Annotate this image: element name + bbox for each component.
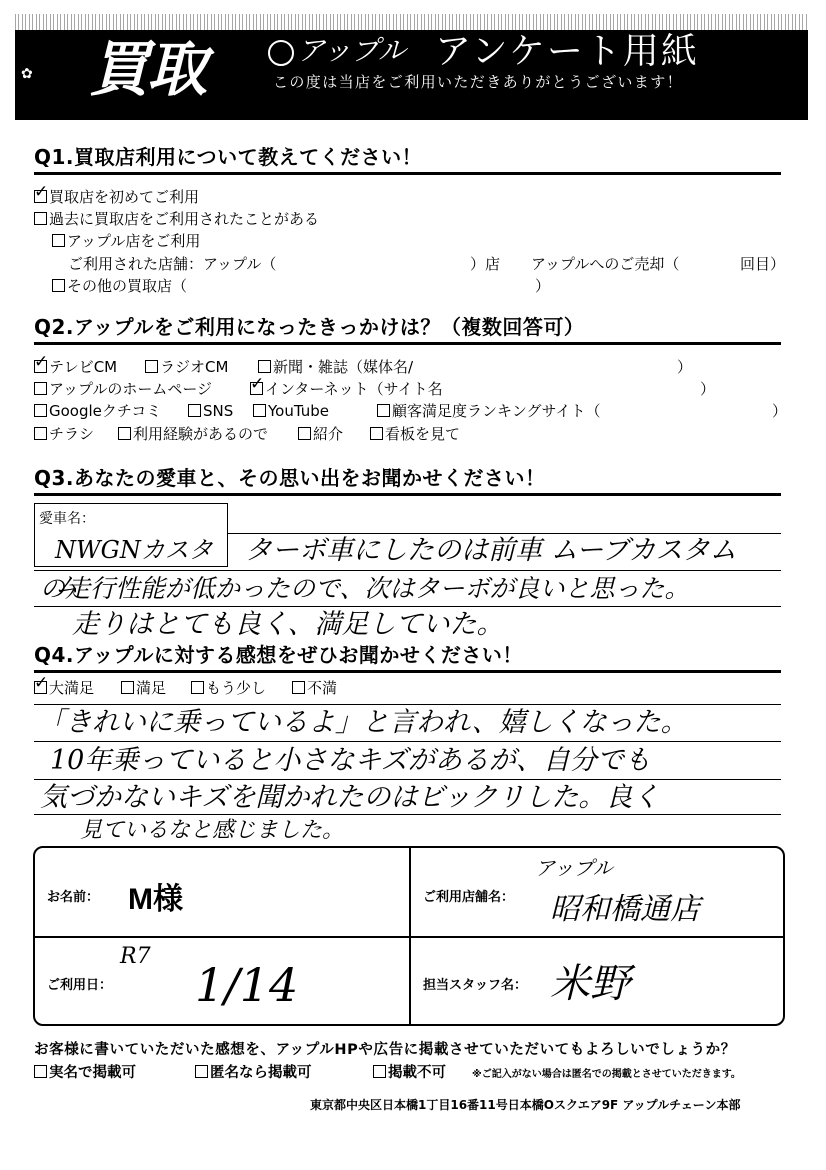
store-label: ご利用店舗名： <box>423 886 514 905</box>
customer-info-box: お名前： M様 ご利用店舗名： アップル 昭和橋通店 ご利用日： R7 1/14… <box>33 846 785 1026</box>
option-label: 匿名なら掲載可 <box>210 1065 312 1081</box>
q2-option-experience[interactable]: 利用経験があるので <box>118 424 268 444</box>
q1-option-apple-store[interactable]: アップル店をご利用 <box>52 231 200 251</box>
writing-line <box>34 779 781 780</box>
option-label: アップル店をご利用 <box>67 232 200 250</box>
option-label: 買取店を初めてご利用 <box>49 188 199 206</box>
q2-heading: Q2.アップルをご利用になったきっかけは？（複数回答可） <box>34 312 781 345</box>
consent-option-real-name[interactable]: 実名で掲載可 <box>34 1061 136 1082</box>
option-label: SNS <box>203 402 233 420</box>
option-label: チラシ <box>49 425 94 443</box>
option-label: Googleクチコミ <box>49 402 161 420</box>
q4-answer-line-1: 「きれいに乗っているよ」と言われ、嬉しくなった。 <box>38 706 688 740</box>
q1-option-other-store[interactable]: その他の買取店（ <box>52 276 187 296</box>
q3-answer-line-1: ターボ車にしたのは前車 ムーブカスタム <box>245 534 737 568</box>
option-label: 大満足 <box>49 679 94 697</box>
q1-sale-suffix: 回目） <box>740 254 785 274</box>
q1-heading: Q1.買取店利用について教えてください！ <box>34 142 781 175</box>
checkbox-icon[interactable] <box>188 404 201 417</box>
q2-option-newspaper[interactable]: 新聞・雑誌（媒体名/ <box>258 357 413 377</box>
apple-logo-icon <box>268 40 294 66</box>
checkbox-icon[interactable] <box>34 427 47 440</box>
q2-option-youtube[interactable]: YouTube <box>253 401 329 421</box>
option-label: 実名で掲載可 <box>49 1065 136 1081</box>
q4-option-somewhat[interactable]: もう少し <box>191 678 266 698</box>
q4-heading: Q4.アップルに対する感想をぜひお聞かせください！ <box>34 640 781 673</box>
q2-option-referral[interactable]: 紹介 <box>298 424 343 444</box>
date-label: ご利用日： <box>47 974 112 993</box>
writing-line <box>34 741 781 742</box>
checkbox-icon[interactable] <box>370 427 383 440</box>
q2-option-ranking[interactable]: 顧客満足度ランキングサイト（ <box>377 401 601 421</box>
divider <box>35 936 783 938</box>
checkbox-icon[interactable] <box>52 234 65 247</box>
q3-heading: Q3.あなたの愛車と、その思い出をお聞かせください！ <box>34 463 781 496</box>
checkbox-icon[interactable] <box>52 279 65 292</box>
checkbox-icon[interactable] <box>195 1065 208 1078</box>
staff-value[interactable]: 米野 <box>550 952 630 1009</box>
q4-option-very-satisfied[interactable]: 大満足 <box>34 678 94 698</box>
q4-answer-line-3: 気づかないキズを聞かれたのはビックリした。良く <box>40 781 659 815</box>
consent-option-anonymous[interactable]: 匿名なら掲載可 <box>195 1061 312 1082</box>
q3-answer-line-3: 走りはとても良く、満足していた。 <box>72 608 503 642</box>
q1-sale-label: アップルへのご売却（ <box>531 254 679 274</box>
form-subtitle: この度は当店をご利用いただきありがとうございます！ <box>273 72 683 92</box>
option-label: 利用経験があるので <box>133 425 268 443</box>
writing-line <box>34 704 781 705</box>
car-name-box[interactable]: 愛車名： NWGNカスタム <box>34 503 228 567</box>
option-label: アップルのホームページ <box>49 380 212 398</box>
checkbox-checked-icon[interactable] <box>34 190 47 203</box>
form-title: アンケート用紙 <box>435 32 699 72</box>
date-era[interactable]: R7 <box>120 944 151 969</box>
writing-line <box>34 606 781 607</box>
q4-answer-line-4: 見ているなと感じました。 <box>80 814 344 848</box>
q2-option-homepage[interactable]: アップルのホームページ <box>34 379 212 399</box>
q2-row3-close: ） <box>772 401 787 421</box>
staff-label: 担当スタッフ名： <box>423 974 527 993</box>
option-label: 過去に買取店をご利用されたことがある <box>49 210 319 228</box>
q3-answer-line-2: の走行性能が低かったので、次はターボが良いと思った。 <box>40 572 690 606</box>
checkbox-icon[interactable] <box>258 360 271 373</box>
option-label: その他の買取店（ <box>67 277 187 295</box>
checkbox-checked-icon[interactable] <box>250 382 263 395</box>
store-value-line1[interactable]: アップル <box>535 852 613 881</box>
q2-option-signboard[interactable]: 看板を見て <box>370 424 460 444</box>
q4-option-dissatisfied[interactable]: 不満 <box>292 678 337 698</box>
q1-option-used-before[interactable]: 過去に買取店をご利用されたことがある <box>34 209 319 229</box>
option-label: もう少し <box>206 679 266 697</box>
q2-option-google[interactable]: Googleクチコミ <box>34 401 161 421</box>
consent-question: お客様に書いていただいた感想を、アップルHPや広告に掲載させていただいてもよろし… <box>34 1038 736 1059</box>
writing-line <box>34 570 781 571</box>
consent-option-decline[interactable]: 掲載不可 <box>373 1061 446 1082</box>
option-label: テレビCM <box>49 358 117 376</box>
q2-row2-close: ） <box>700 379 715 399</box>
checkbox-icon[interactable] <box>34 212 47 225</box>
checkbox-icon[interactable] <box>191 681 204 694</box>
checkbox-icon[interactable] <box>377 404 390 417</box>
q1-store-suffix: ）店 <box>470 254 500 274</box>
name-value[interactable]: M様 <box>128 874 183 918</box>
checkbox-checked-icon[interactable] <box>34 681 47 694</box>
checkbox-icon[interactable] <box>298 427 311 440</box>
q1-store-line: ご利用された店舗：アップル（ <box>68 254 276 274</box>
header-banner: ✿ 買取 アップル アンケート用紙 この度は当店をご利用いただきありがとうござい… <box>15 30 808 120</box>
option-label: インターネット（サイト名 <box>265 380 443 398</box>
q1-other-close: ） <box>535 276 550 296</box>
checkbox-icon[interactable] <box>373 1065 386 1078</box>
checkbox-icon[interactable] <box>34 1065 47 1078</box>
q1-option-first-time[interactable]: 買取店を初めてご利用 <box>34 187 199 207</box>
checkbox-icon[interactable] <box>121 681 134 694</box>
corner-mark-icon: ✿ <box>21 66 33 82</box>
q4-answer-line-2: 10年乗っていると小さなキズがあるが、自分でも <box>50 744 651 778</box>
checkbox-checked-icon[interactable] <box>34 360 47 373</box>
option-label: 掲載不可 <box>388 1065 446 1081</box>
option-label: 紹介 <box>313 425 343 443</box>
name-label: お名前： <box>47 886 99 905</box>
company-address: 東京都中央区日本橋1丁目16番11号日本橋Oスクエア9F アップルチェーン本部 <box>310 1096 741 1113</box>
option-label: YouTube <box>268 402 329 420</box>
option-label: 不満 <box>307 679 337 697</box>
q2-option-internet[interactable]: インターネット（サイト名 <box>250 379 443 399</box>
option-label: 看板を見て <box>385 425 460 443</box>
checkbox-icon[interactable] <box>145 360 158 373</box>
q2-option-flyer[interactable]: チラシ <box>34 424 94 444</box>
q4-option-satisfied[interactable]: 満足 <box>121 678 166 698</box>
q2-option-radio[interactable]: ラジオCM <box>145 357 228 377</box>
checkbox-icon[interactable] <box>292 681 305 694</box>
option-label: 新聞・雑誌（媒体名/ <box>273 358 413 376</box>
car-name-label: 愛車名： <box>39 508 95 528</box>
checkbox-icon[interactable] <box>34 382 47 395</box>
q2-option-tv[interactable]: テレビCM <box>34 357 117 377</box>
option-label: 満足 <box>136 679 166 697</box>
option-label: 顧客満足度ランキングサイト（ <box>392 402 601 420</box>
q2-option-sns[interactable]: SNS <box>188 401 233 421</box>
consent-note: ※ご記入がない場合は匿名での掲載とさせていただきます。 <box>472 1065 741 1080</box>
brand-name: アップル <box>297 34 406 68</box>
option-label: ラジオCM <box>160 358 228 376</box>
checkbox-icon[interactable] <box>34 404 47 417</box>
store-value-line2[interactable]: 昭和橋通店 <box>550 884 700 928</box>
q2-row1-close: ） <box>677 357 692 377</box>
checkbox-icon[interactable] <box>253 404 266 417</box>
kaitori-badge: 買取 <box>89 32 205 108</box>
date-value[interactable]: 1/14 <box>195 958 298 1012</box>
checkbox-icon[interactable] <box>118 427 131 440</box>
